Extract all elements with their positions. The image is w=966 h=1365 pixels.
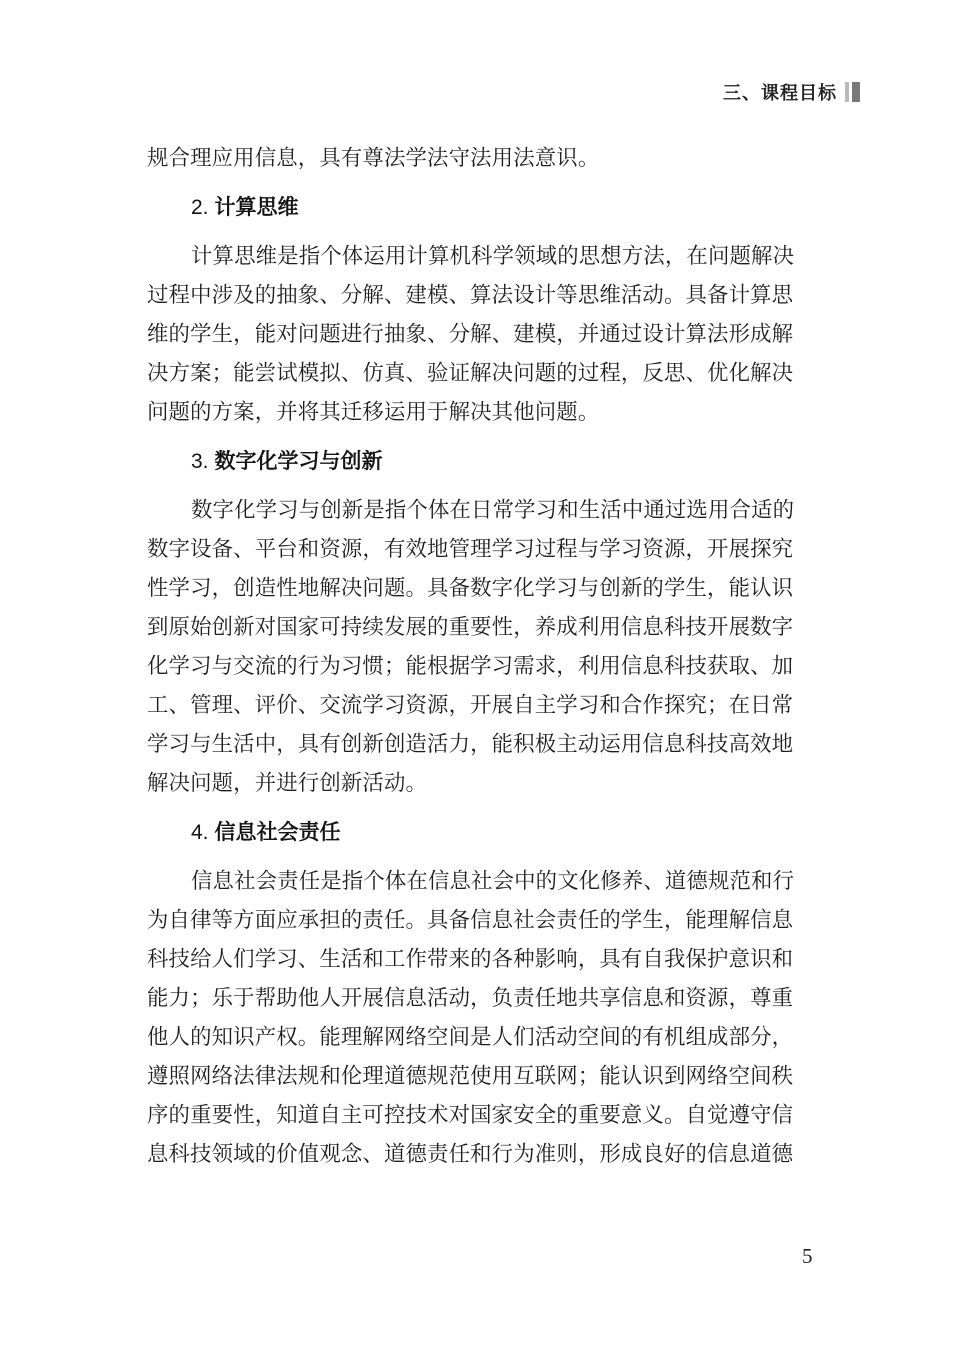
paragraph-line: 遵照网络法律法规和伦理道德规范使用互联网；能认识到网络空间秩 xyxy=(147,1057,823,1096)
paragraph-line: 学习与生活中，具有创新创造活力，能积极主动运用信息科技高效地 xyxy=(147,725,823,764)
section-heading-digital-learning: 3.数字化学习与创新 xyxy=(147,442,823,481)
section-number: 4. xyxy=(191,821,209,844)
section-heading-social-responsibility: 4.信息社会责任 xyxy=(147,813,823,852)
header-bar-dark-icon xyxy=(852,82,860,102)
paragraph-line: 化学习与交流的行为习惯；能根据学习需求，利用信息科技获取、加 xyxy=(147,647,823,686)
page-number: 5 xyxy=(802,1244,813,1269)
paragraph-line: 到原始创新对国家可持续发展的重要性，养成利用信息科技开展数字 xyxy=(147,608,823,647)
paragraph-line: 过程中涉及的抽象、分解、建模、算法设计等思维活动。具备计算思 xyxy=(147,276,823,315)
paragraph-line: 序的重要性，知道自主可控技术对国家安全的重要意义。自觉遵守信 xyxy=(147,1096,823,1135)
section-title: 计算思维 xyxy=(215,195,299,219)
paragraph-line: 性学习，创造性地解决问题。具备数字化学习与创新的学生，能认识 xyxy=(147,569,823,608)
chapter-title: 三、课程目标 xyxy=(723,79,837,105)
continuation-line: 规合理应用信息，具有尊法学法守法用法意识。 xyxy=(147,139,823,178)
section-title: 信息社会责任 xyxy=(215,820,341,844)
paragraph-line: 他人的知识产权。能理解网络空间是人们活动空间的有机组成部分， xyxy=(147,1018,823,1057)
header-bar-light-icon xyxy=(845,82,849,102)
section-number: 2. xyxy=(191,196,209,219)
paragraph-line: 息科技领域的价值观念、道德责任和行为准则，形成良好的信息道德 xyxy=(147,1135,823,1174)
page-body: 规合理应用信息，具有尊法学法守法用法意识。 2.计算思维 计算思维是指个体运用计… xyxy=(147,139,823,1174)
paragraph-line: 能力；乐于帮助他人开展信息活动，负责任地共享信息和资源，尊重 xyxy=(147,979,823,1018)
paragraph-line: 解决问题，并进行创新活动。 xyxy=(147,764,823,803)
paragraph-line: 科技给人们学习、生活和工作带来的各种影响，具有自我保护意识和 xyxy=(147,940,823,979)
section-title: 数字化学习与创新 xyxy=(215,449,383,473)
paragraph-line: 数字化学习与创新是指个体在日常学习和生活中通过选用合适的 xyxy=(147,491,823,530)
paragraph-line: 维的学生，能对问题进行抽象、分解、建模，并通过设计算法形成解 xyxy=(147,315,823,354)
paragraph-line: 问题的方案，并将其迁移运用于解决其他问题。 xyxy=(147,393,823,432)
paragraph-line: 计算思维是指个体运用计算机科学领域的思想方法，在问题解决 xyxy=(147,237,823,276)
paragraph-line: 决方案；能尝试模拟、仿真、验证解决问题的过程，反思、优化解决 xyxy=(147,354,823,393)
paragraph-line: 数字设备、平台和资源，有效地管理学习过程与学习资源，开展探究 xyxy=(147,530,823,569)
running-header: 三、课程目标 xyxy=(723,78,860,106)
paragraph-line: 信息社会责任是指个体在信息社会中的文化修养、道德规范和行 xyxy=(147,862,823,901)
section-heading-computational-thinking: 2.计算思维 xyxy=(147,188,823,227)
section-number: 3. xyxy=(191,450,209,473)
paragraph-line: 为自律等方面应承担的责任。具备信息社会责任的学生，能理解信息 xyxy=(147,901,823,940)
paragraph-line: 工、管理、评价、交流学习资源，开展自主学习和合作探究；在日常 xyxy=(147,686,823,725)
